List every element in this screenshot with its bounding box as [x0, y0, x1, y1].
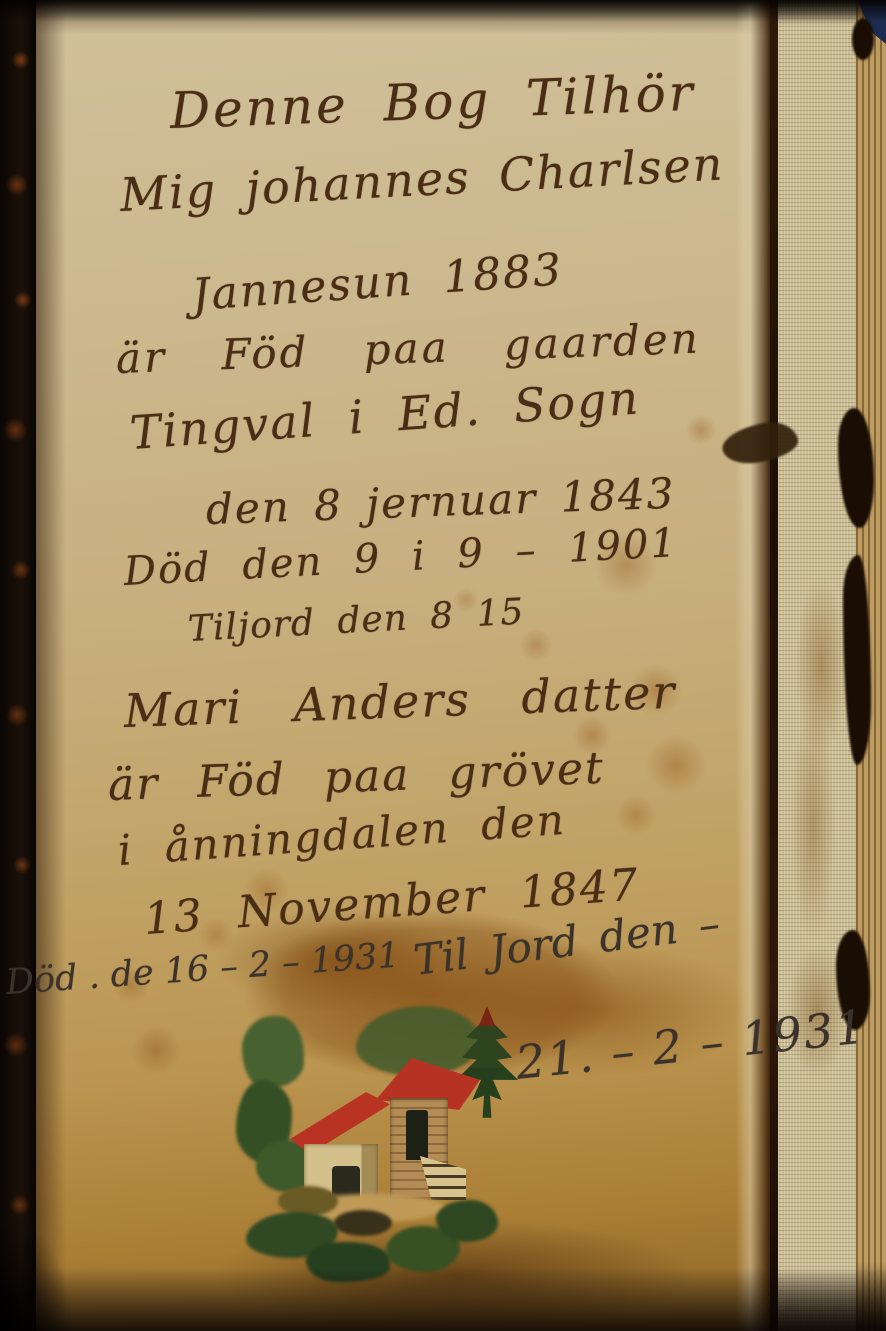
foliage	[242, 1016, 304, 1088]
hinge-crack	[770, 0, 778, 1331]
book-cover-photo: Denne Bog Tilhör Mig johannes Charlsen J…	[0, 0, 886, 1331]
cottage-vignette	[238, 998, 528, 1298]
top-shadow	[0, 0, 886, 22]
right-house-door	[406, 1110, 428, 1160]
torn-paper-edge	[736, 0, 772, 1331]
stone	[334, 1210, 392, 1236]
worm-hole	[852, 18, 874, 60]
bush	[436, 1200, 498, 1242]
bottom-shadow	[0, 1267, 886, 1331]
corner-shadow	[0, 1221, 70, 1331]
leather-spine	[0, 0, 38, 1331]
